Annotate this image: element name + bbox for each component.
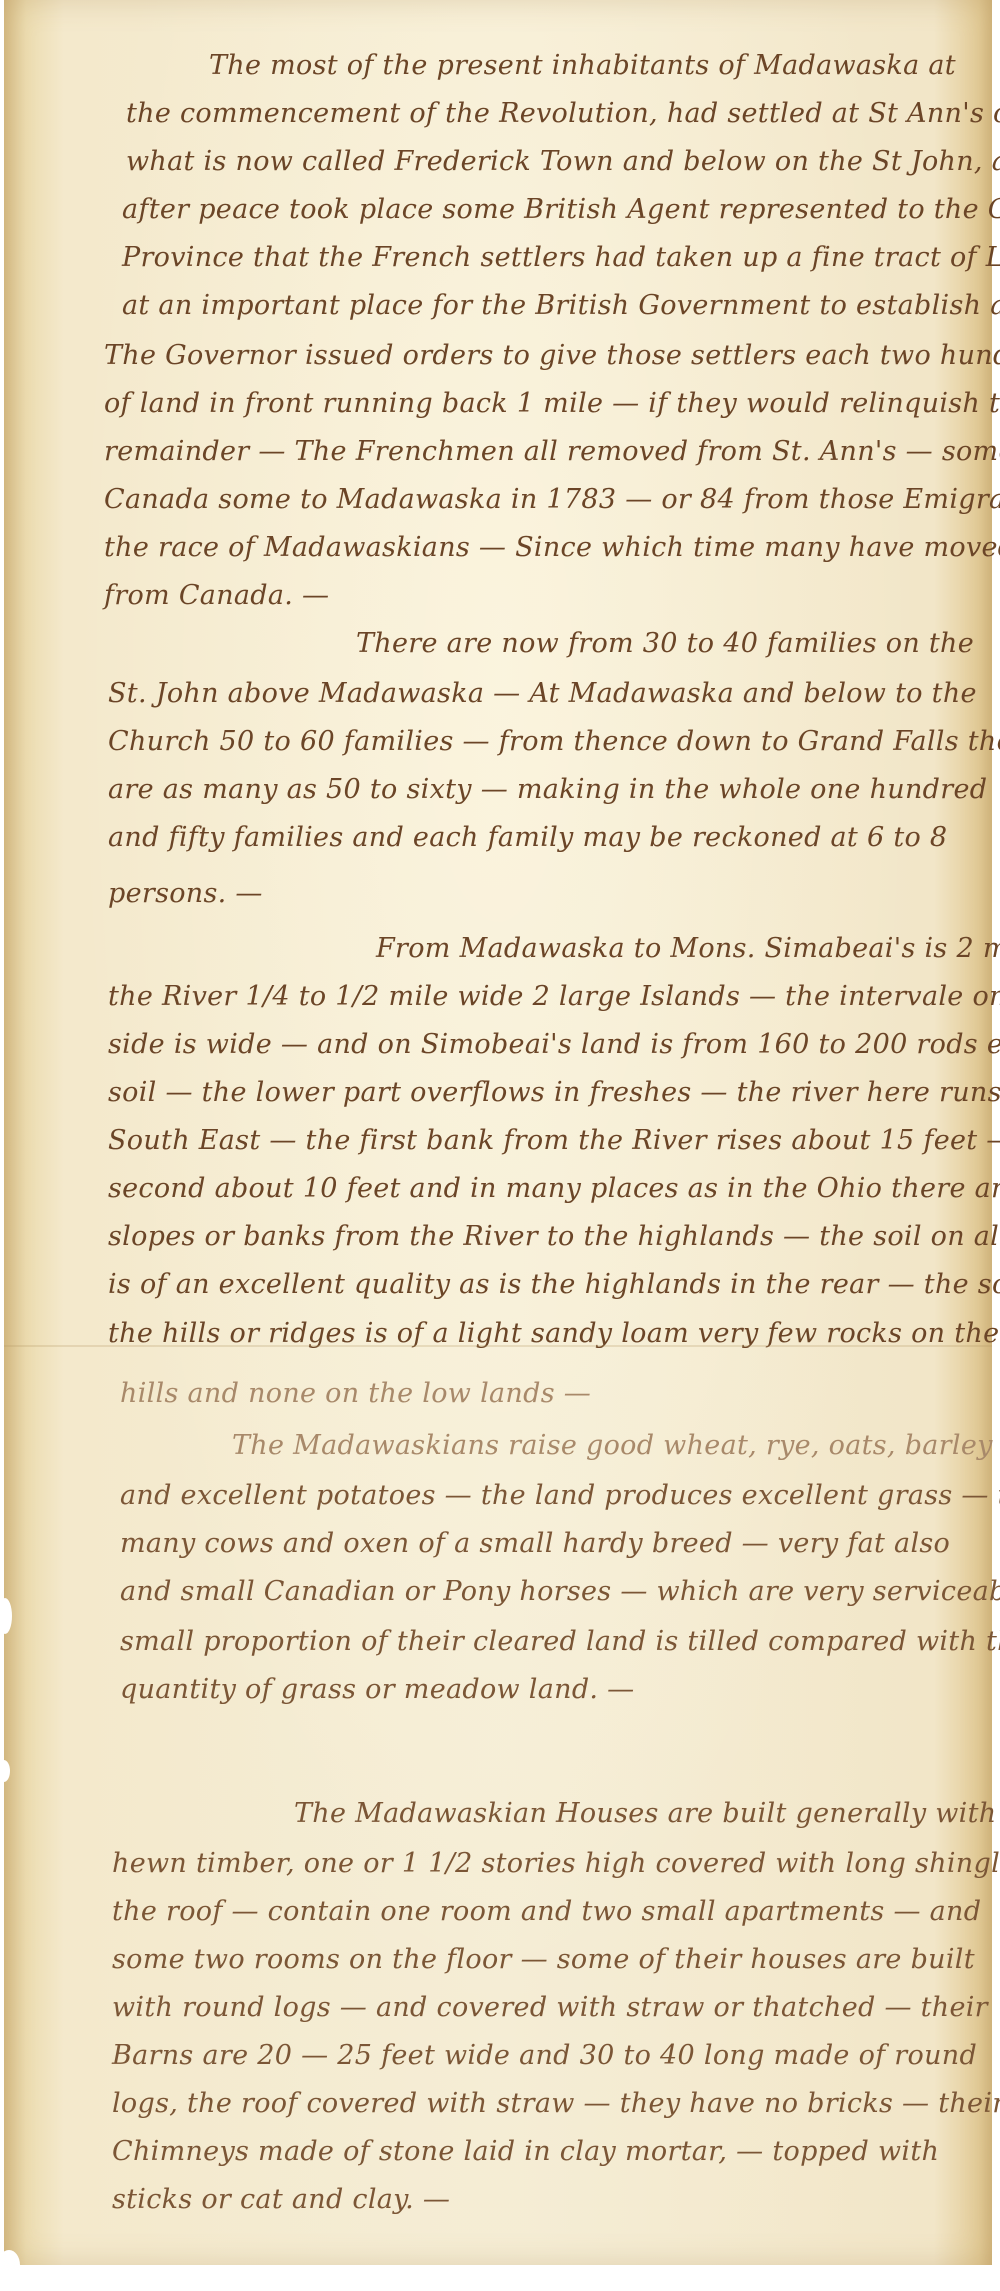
- text-line: soil — the lower part overflows in fresh…: [4, 1079, 1000, 1106]
- text-line: is of an excellent quality as is the hig…: [4, 1271, 1000, 1298]
- text-line: persons. —: [4, 880, 1000, 907]
- text-line: some two rooms on the floor — some of th…: [4, 1946, 1000, 1973]
- text-line: The Madawaskian Houses are built general…: [4, 1800, 1000, 1827]
- text-line: From Madawaska to Mons. Simabeai's is 2 …: [4, 935, 1000, 962]
- text-line: Canada some to Madawaska in 1783 — or 84…: [4, 486, 1000, 513]
- text-line: after peace took place some British Agen…: [4, 196, 1000, 223]
- paper-tear: [0, 1760, 10, 1782]
- text-line: The most of the present inhabitants of M…: [4, 52, 1000, 79]
- text-line: logs, the roof covered with straw — they…: [4, 2090, 1000, 2117]
- text-line: The Governor issued orders to give those…: [4, 342, 1000, 369]
- text-line: St. John above Madawaska — At Madawaska …: [4, 680, 1000, 707]
- text-line: Chimneys made of stone laid in clay mort…: [4, 2138, 1000, 2165]
- text-line: what is now called Frederick Town and be…: [4, 148, 1000, 175]
- text-line: The Madawaskians raise good wheat, rye, …: [4, 1432, 1000, 1459]
- text-line: There are now from 30 to 40 families on …: [4, 630, 1000, 657]
- text-line: Church 50 to 60 families — from thence d…: [4, 728, 1000, 755]
- text-line: the race of Madawaskians — Since which t…: [4, 534, 1000, 561]
- text-line: side is wide — and on Simobeai's land is…: [4, 1031, 1000, 1058]
- text-line: hills and none on the low lands —: [4, 1380, 1000, 1407]
- text-line: at an important place for the British Go…: [4, 292, 1000, 319]
- text-line: second about 10 feet and in many places …: [4, 1175, 1000, 1202]
- text-line: and excellent potatoes — the land produc…: [4, 1482, 1000, 1509]
- text-line: South East — the first bank from the Riv…: [4, 1127, 1000, 1154]
- text-line: small proportion of their cleared land i…: [4, 1628, 1000, 1655]
- text-line: sticks or cat and clay. —: [4, 2186, 1000, 2213]
- text-line: the commencement of the Revolution, had …: [4, 100, 1000, 127]
- text-line: hewn timber, one or 1 1/2 stories high c…: [4, 1850, 1000, 1877]
- text-line: the hills or ridges is of a light sandy …: [4, 1320, 1000, 1347]
- text-line: from Canada. —: [4, 582, 1000, 609]
- text-line: Barns are 20 — 25 feet wide and 30 to 40…: [4, 2042, 1000, 2069]
- manuscript-page: The most of the present inhabitants of M…: [4, 0, 992, 2265]
- text-line: many cows and oxen of a small hardy bree…: [4, 1530, 1000, 1557]
- text-line: quantity of grass or meadow land. —: [4, 1676, 1000, 1703]
- paper-tear: [0, 2250, 20, 2280]
- text-line: with round logs — and covered with straw…: [4, 1994, 1000, 2021]
- text-line: remainder — The Frenchmen all removed fr…: [4, 438, 1000, 465]
- text-line: the roof — contain one room and two smal…: [4, 1898, 1000, 1925]
- text-line: and fifty families and each family may b…: [4, 824, 1000, 851]
- text-line: and small Canadian or Pony horses — whic…: [4, 1578, 1000, 1605]
- text-line: of land in front running back 1 mile — i…: [4, 390, 1000, 417]
- text-line: are as many as 50 to sixty — making in t…: [4, 776, 1000, 803]
- text-line: the River 1/4 to 1/2 mile wide 2 large I…: [4, 983, 1000, 1010]
- text-line: slopes or banks from the River to the hi…: [4, 1223, 1000, 1250]
- text-line: Province that the French settlers had ta…: [4, 244, 1000, 271]
